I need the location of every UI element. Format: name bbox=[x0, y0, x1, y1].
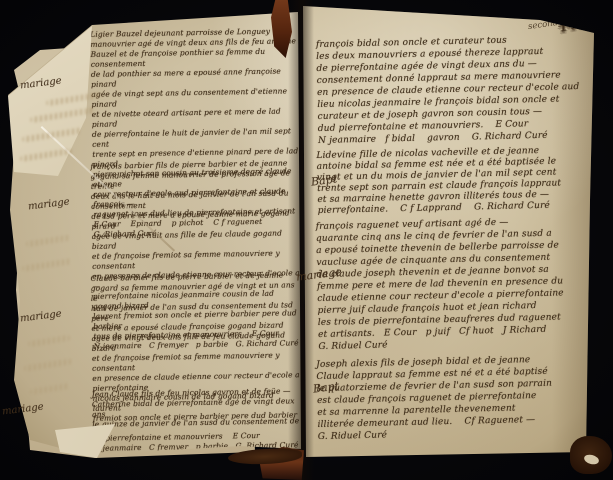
book-spread-scan: Ligier Bauzel dejeunant parroisse de Lon… bbox=[0, 0, 613, 480]
record-entry-marriage-5: françois raguenet veuf artisant agé de —… bbox=[316, 215, 583, 353]
page-number-scribble: 146 bbox=[556, 11, 587, 35]
record-entry-marriage-continuation: françois bidal son oncle et curateur tou… bbox=[316, 33, 582, 147]
record-entry-baptism-2: Joseph alexis fils de joseph bidal et de… bbox=[316, 353, 582, 443]
record-entry-marriage-4: Jean Claude fils de feu nicolas gavron e… bbox=[92, 386, 303, 430]
record-entry-baptism-1: Lidevine fille de nicolas vacheville et … bbox=[316, 145, 581, 217]
page-annotation-second: second bbox=[527, 18, 558, 32]
